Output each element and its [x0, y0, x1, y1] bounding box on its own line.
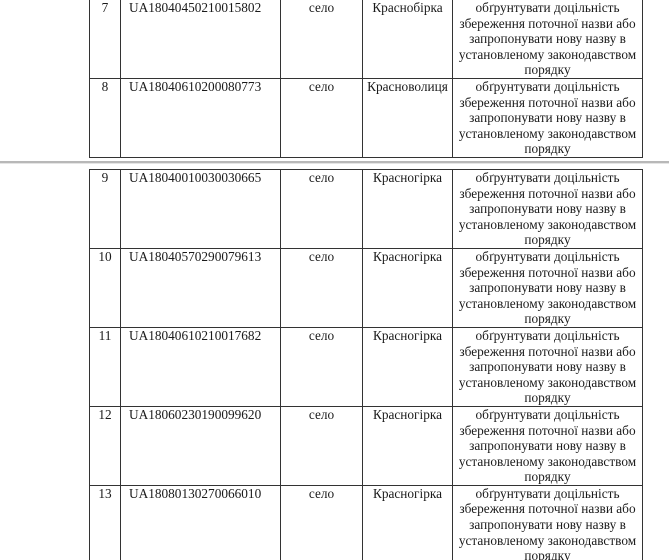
- settlement-type: село: [281, 406, 363, 485]
- recommendation: обґрунтувати доцільність збереження пото…: [453, 78, 643, 157]
- page-break-shadow: [0, 163, 669, 164]
- table-row: 10 UA18040570290079613 село Красногірка …: [90, 248, 643, 327]
- codifier-code: UA18040450210015802: [121, 0, 281, 78]
- recommendation: обґрунтувати доцільність збереження пото…: [453, 248, 643, 327]
- table-row: 9 UA18040010030030665 село Красногірка о…: [90, 170, 643, 249]
- settlement-type: село: [281, 485, 363, 560]
- row-number: 12: [90, 406, 121, 485]
- codifier-code: UA18080130270066010: [121, 485, 281, 560]
- row-number: 11: [90, 327, 121, 406]
- table-row: 12 UA18060230190099620 село Красногірка …: [90, 406, 643, 485]
- recommendation: обґрунтувати доцільність збереження пото…: [453, 485, 643, 560]
- recommendation: обґрунтувати доцільність збереження пото…: [453, 170, 643, 249]
- settlement-name: Красногірка: [363, 248, 453, 327]
- codifier-code: UA18060230190099620: [121, 406, 281, 485]
- settlement-type: село: [281, 248, 363, 327]
- codifier-code: UA18040610210017682: [121, 327, 281, 406]
- settlement-type: село: [281, 170, 363, 249]
- table-row: 7 UA18040450210015802 село Краснобірка о…: [90, 0, 643, 78]
- settlement-type: село: [281, 78, 363, 157]
- recommendation: обґрунтувати доцільність збереження пото…: [453, 406, 643, 485]
- row-number: 13: [90, 485, 121, 560]
- row-number: 8: [90, 78, 121, 157]
- row-number: 9: [90, 170, 121, 249]
- settlements-table-page-1: 7 UA18040450210015802 село Краснобірка о…: [89, 0, 643, 158]
- table-row: 8 UA18040610200080773 село Красноволиця …: [90, 78, 643, 157]
- settlement-name: Красногірка: [363, 406, 453, 485]
- settlement-name: Красногірка: [363, 327, 453, 406]
- settlement-type: село: [281, 327, 363, 406]
- codifier-code: UA18040570290079613: [121, 248, 281, 327]
- codifier-code: UA18040610200080773: [121, 78, 281, 157]
- table-row: 13 UA18080130270066010 село Красногірка …: [90, 485, 643, 560]
- row-number: 10: [90, 248, 121, 327]
- settlements-table-page-2: 9 UA18040010030030665 село Красногірка о…: [89, 169, 643, 560]
- recommendation: обґрунтувати доцільність збереження пото…: [453, 327, 643, 406]
- codifier-code: UA18040010030030665: [121, 170, 281, 249]
- table-row: 11 UA18040610210017682 село Красногірка …: [90, 327, 643, 406]
- settlement-type: село: [281, 0, 363, 78]
- recommendation: обґрунтувати доцільність збереження пото…: [453, 0, 643, 78]
- row-number: 7: [90, 0, 121, 78]
- settlement-name: Красногірка: [363, 485, 453, 560]
- settlement-name: Краснобірка: [363, 0, 453, 78]
- settlement-name: Красногірка: [363, 170, 453, 249]
- settlement-name: Красноволиця: [363, 78, 453, 157]
